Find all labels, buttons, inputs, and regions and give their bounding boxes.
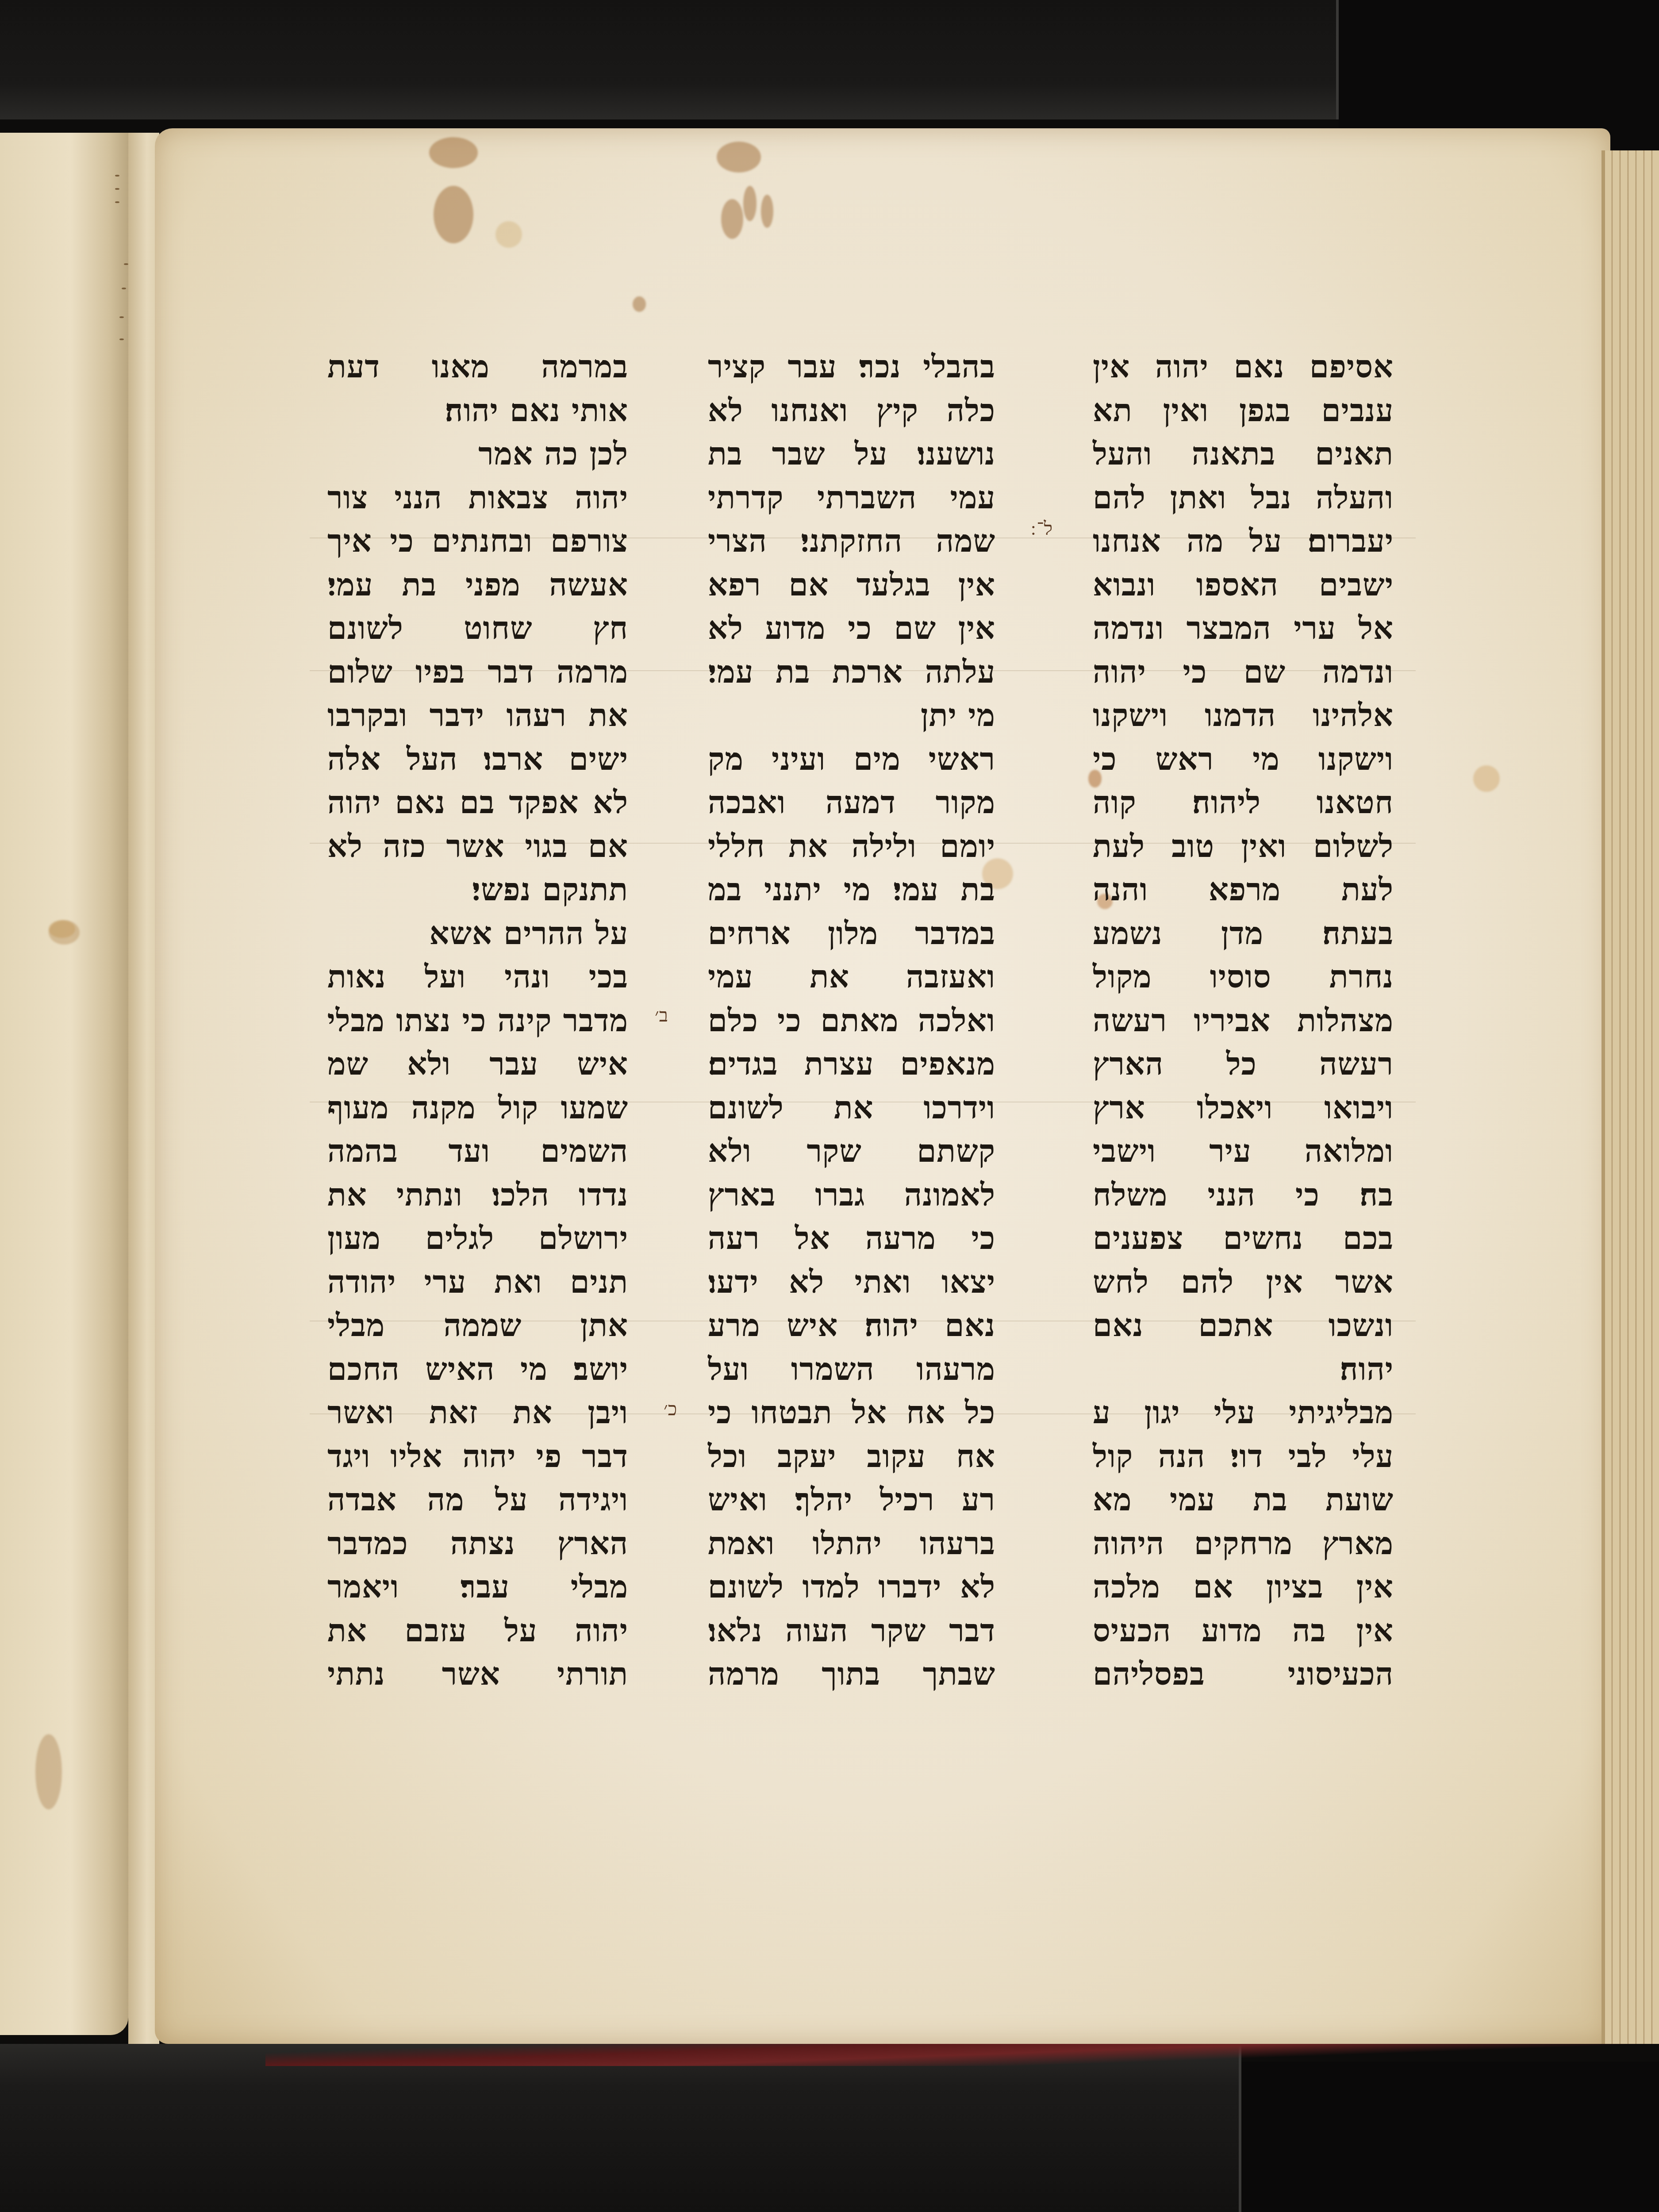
text-line: שועת בת עמי מא	[1093, 1478, 1394, 1522]
text-line: את רעהו ידבר ובקרבו	[327, 694, 628, 737]
text-line: בה׃ כי הנני משלח	[1093, 1173, 1394, 1217]
prick-mark	[119, 316, 124, 318]
text-line: איש עבר ולא שמ	[327, 1042, 628, 1086]
text-line: אין שם כי מדוע לא	[708, 607, 995, 650]
text-line: שמעו קול מקנה מעוף	[327, 1086, 628, 1130]
text-line: הארץ נצתה כמדבר	[327, 1522, 628, 1566]
text-line: ואלכה מאתם כי כלם	[708, 999, 995, 1043]
text-line: תאנים בתאנה והעל	[1093, 432, 1394, 476]
text-line: נחרת סוסיו מקול	[1093, 955, 1394, 999]
text-line: מדבר קינה כי נצתו מבלי	[327, 999, 628, 1043]
text-line: יהוה צבאות הנני צור	[327, 476, 628, 520]
text-line: אח עקוב יעקב וכל	[708, 1435, 995, 1479]
text-line: עלי לבי דוי׃ הנה קול	[1093, 1435, 1394, 1479]
text-line: צורפם ובחנתים כי איך	[327, 519, 628, 563]
text-line: ויבואו ויאכלו ארץ	[1093, 1086, 1394, 1130]
page-block-edges	[1601, 150, 1659, 2044]
text-line: ומלואה עיר וישבי	[1093, 1129, 1394, 1173]
text-line: יושב׃ מי האיש החכם	[327, 1348, 628, 1391]
masoretic-margin-note: ב׳	[655, 1004, 668, 1026]
text-line: השמים ועד בהמה	[327, 1129, 628, 1173]
text-line: ירושלם לגלים מעון	[327, 1217, 628, 1260]
text-line: ברעהו יהתלו ואמת	[708, 1522, 995, 1566]
stain	[633, 296, 646, 312]
text-line: לכן כה אמר	[327, 432, 628, 476]
text-line: אל ערי המבצר ונדמה	[1093, 607, 1394, 650]
text-line: אתן שממה מבלי	[327, 1304, 628, 1348]
text-line: וישקנו מי ראש כי	[1093, 737, 1394, 781]
prick-mark	[119, 338, 124, 340]
text-line: רע רכיל יהלך׃ ואיש	[708, 1478, 995, 1522]
text-line: אעשה מפני בת עמי׃	[327, 563, 628, 607]
text-line: יהוה על עזבם את	[327, 1609, 628, 1653]
text-line: מנאפים עצרת בגדים׃	[708, 1042, 995, 1086]
text-line: בכם נחשים צפענים	[1093, 1217, 1394, 1260]
text-line: במדבר מלון ארחים	[708, 912, 995, 956]
text-line: אין בציון אם מלכה	[1093, 1565, 1394, 1609]
text-line: לא ידברו למדו לשונם	[708, 1565, 995, 1609]
text-line: מבלי עבר׃ ויאמר	[327, 1565, 628, 1609]
text-line: ענבים בגפן ואין תא	[1093, 389, 1394, 433]
text-line: נדדו הלכו׃ ונתתי את	[327, 1173, 628, 1217]
text-line: יהוה׃	[1093, 1348, 1394, 1391]
stain	[429, 137, 478, 168]
text-column-right: אסיפם נאם יהוה אין ענבים בגפן ואין תא תא…	[1093, 345, 1394, 1696]
text-line: אין בה מדוע הכעיס	[1093, 1609, 1394, 1653]
stain	[434, 186, 473, 243]
text-line: שבתך בתוך מרמה	[708, 1652, 995, 1696]
text-line: מצהלות אביריו רעשה	[1093, 999, 1394, 1043]
text-line: ישבים האספו ונבוא	[1093, 563, 1394, 607]
text-line: בעתה׃ מדן נשמע	[1093, 912, 1394, 956]
text-line: לעת מרפא והנה	[1093, 868, 1394, 912]
text-line: במרמה מאנו דעת	[327, 345, 628, 389]
text-line: חץ שחוט לשונם	[327, 607, 628, 650]
text-line: אותי נאם יהוה׃	[327, 389, 628, 433]
text-line: מבליגיתי עלי יגון ע	[1093, 1391, 1394, 1435]
text-line: דבר שקר העוה נלאו׃	[708, 1609, 995, 1653]
text-line: בהבלי נכר׃ עבר קציר	[708, 345, 995, 389]
stain	[717, 142, 761, 173]
bottom-cradle-board	[0, 2044, 1241, 2212]
prick-mark	[122, 288, 126, 289]
prick-mark	[115, 201, 119, 203]
background-dark-bottom	[1241, 2062, 1659, 2212]
text-line: תנים ואת ערי יהודה	[327, 1260, 628, 1304]
masoretic-margin-note: ל־ ׃	[1031, 518, 1052, 540]
text-line: נאם יהוה׃ איש מרע	[708, 1304, 995, 1348]
stain	[743, 186, 757, 221]
text-line: שמה החזקתני׃ הצרי	[708, 519, 995, 563]
text-line: והעלה נבל ואתן להם	[1093, 476, 1394, 520]
text-line: אלהינו הדמנו וישקנו	[1093, 694, 1394, 737]
text-line: ראשי מים ועיני מק	[708, 737, 995, 781]
text-line: כלה קיץ ואנחנו לא	[708, 389, 995, 433]
text-line: בכי ונהי ועל נאות	[327, 955, 628, 999]
prick-mark	[115, 188, 119, 190]
text-line: כי מרעה אל רעה	[708, 1217, 995, 1260]
text-column-middle: בהבלי נכר׃ עבר קציר כלה קיץ ואנחנו לא נו…	[708, 345, 995, 1696]
text-line: לאמונה גברו בארץ	[708, 1173, 995, 1217]
text-line: יעברום׃ על מה אנחנו	[1093, 519, 1394, 563]
text-line: יומם ולילה את חללי	[708, 825, 995, 868]
text-line: ויבן את זאת ואשר	[327, 1391, 628, 1435]
text-column-left: במרמה מאנו דעת אותי נאם יהוה׃ לכן כה אמר…	[327, 345, 628, 1696]
text-line: עמי השברתי קדרתי	[708, 476, 995, 520]
text-line: אשר אין להם לחש	[1093, 1260, 1394, 1304]
text-line: בת עמי׃ מי יתנני במ	[708, 868, 995, 912]
stain	[495, 221, 522, 248]
text-line: ואעזבה את עמי	[708, 955, 995, 999]
text-line: דבר פי יהוה אליו ויגד	[327, 1435, 628, 1479]
text-line: מרמה דבר בפיו שלום	[327, 650, 628, 694]
text-line: מי יתן	[708, 694, 995, 737]
text-line: הכעיסוני בפסליהם	[1093, 1652, 1394, 1696]
stain	[35, 1734, 62, 1809]
text-line: ונשכו אתכם נאם	[1093, 1304, 1394, 1348]
text-line: לא אפקד בם נאם יהוה	[327, 781, 628, 825]
facing-page-verso	[0, 133, 128, 2035]
text-line: מארץ מרחקים היהוה	[1093, 1522, 1394, 1566]
text-line: תורתי אשר נתתי	[327, 1652, 628, 1696]
prick-mark	[124, 263, 128, 265]
text-line: חטאנו ליהוה׃ קוה	[1093, 781, 1394, 825]
text-line: כל אח אל תבטחו כי	[708, 1391, 995, 1435]
text-line: תתנקם נפשי׃	[327, 868, 628, 912]
text-line: ויגידה על מה אבדה	[327, 1478, 628, 1522]
text-line: אם בגוי אשר כזה לא	[327, 825, 628, 868]
text-line: וידרכו את לשונם	[708, 1086, 995, 1130]
text-line: מרעהו השמרו ועל	[708, 1348, 995, 1391]
text-line: ונדמה שם כי יהוה	[1093, 650, 1394, 694]
text-line: נושענו׃ על שבר בת	[708, 432, 995, 476]
stain	[761, 195, 773, 228]
top-cradle-board	[0, 0, 1339, 119]
stain	[1473, 765, 1500, 792]
text-line: קשתם שקר ולא	[708, 1129, 995, 1173]
text-line: ישים ארבו׃ העל אלה	[327, 737, 628, 781]
stain	[49, 920, 75, 938]
prick-mark	[115, 175, 119, 177]
text-line: אסיפם נאם יהוה אין	[1093, 345, 1394, 389]
text-line: יצאו ואתי לא ידעו׃	[708, 1260, 995, 1304]
text-line: עלתה ארכת בת עמי׃	[708, 650, 995, 694]
text-line: על ההרים אשא	[327, 912, 628, 956]
stain	[721, 199, 743, 239]
text-line: לשלום ואין טוב לעת	[1093, 825, 1394, 868]
text-line: אין בגלעד אם רפא	[708, 563, 995, 607]
masoretic-margin-note: כ׳	[664, 1398, 677, 1420]
text-line: רעשה כל הארץ	[1093, 1042, 1394, 1086]
text-line: מקור דמעה ואבכה	[708, 781, 995, 825]
